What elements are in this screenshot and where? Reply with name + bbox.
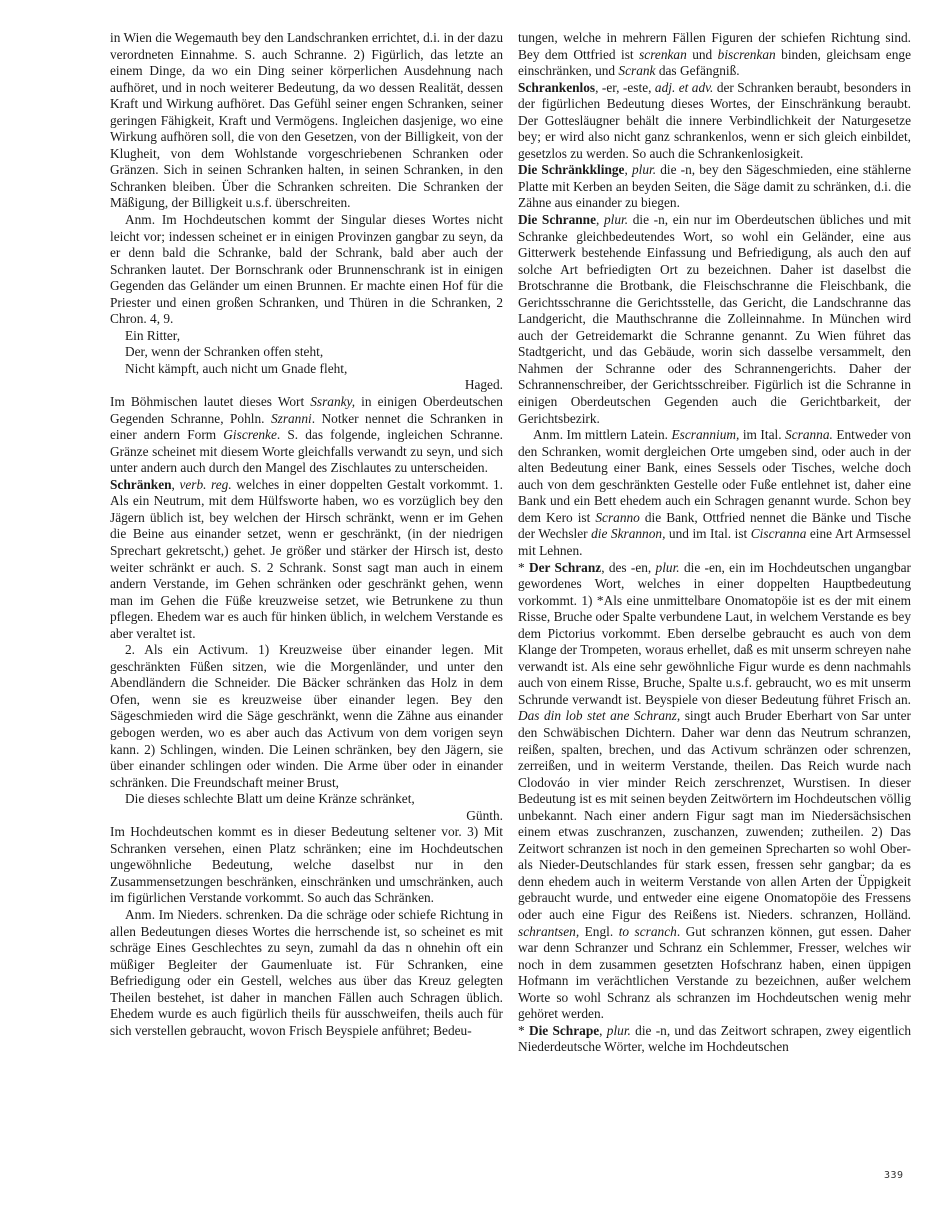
text-run: Im Böhmischen lautet dieses Wort [110, 394, 310, 409]
italic-term: biscrenkan [718, 47, 776, 62]
paragraph: Die Schranne, plur. die -n, ein nur im O… [518, 212, 911, 427]
headword: Schrankenlos [518, 80, 595, 95]
text-run: , -er, -este, [595, 80, 655, 95]
headword: Die Schranne [518, 212, 596, 227]
italic-term: plur. [656, 560, 680, 575]
paragraph: Anm. Im Hochdeutschen kommt der Singular… [110, 212, 503, 328]
italic-term: adj. et adv. [655, 80, 714, 95]
paragraph: * Der Schranz, des -en, plur. die -en, e… [518, 560, 911, 1023]
paragraph: Schrankenlos, -er, -este, adj. et adv. d… [518, 80, 911, 163]
headword: Die Schrape [529, 1023, 599, 1038]
text-run: das Gefängniß. [655, 63, 739, 78]
italic-term: Szranni [271, 411, 312, 426]
text-run: Anm. Im Nieders. schrenken. Da die schrä… [110, 907, 503, 1038]
paragraph: Anm. Im mittlern Latein. Escrannium, im … [518, 427, 911, 559]
paragraph: Im Böhmischen lautet dieses Wort Ssranky… [110, 394, 503, 477]
right-column: tungen, welche in mehrern Fällen Figuren… [518, 30, 911, 1056]
text-run: Anm. Im Hochdeutschen kommt der Singular… [110, 212, 503, 326]
verse-line: Ein Ritter, [110, 328, 503, 345]
paragraph: Schränken, verb. reg. welches in einer d… [110, 477, 503, 642]
italic-term: Escrannium, [672, 427, 740, 442]
paragraph: in Wien die Wegemauth bey den Landschran… [110, 30, 503, 212]
text-run: * [518, 560, 529, 575]
italic-term: Ssranky, [310, 394, 355, 409]
italic-term: plur. [607, 1023, 631, 1038]
attribution: Günth. [110, 808, 503, 825]
verse-line: Nicht kämpft, auch nicht um Gnade fleht, [110, 361, 503, 378]
text-run: im Ital. [739, 427, 785, 442]
text-run: Günth. [466, 808, 503, 823]
page-number: 339 [884, 1170, 904, 1181]
text-run: , [596, 212, 604, 227]
dictionary-page: in Wien die Wegemauth bey den Landschran… [0, 0, 935, 1210]
italic-term: screnkan [639, 47, 687, 62]
text-run: und im Ital. ist [665, 526, 750, 541]
italic-term: Scranna. [785, 427, 833, 442]
text-run: Im Hochdeutschen kommt es in dieser Bede… [110, 824, 503, 905]
text-run: Haged. [465, 377, 503, 392]
text-run: Nicht kämpft, auch nicht um Gnade fleht, [125, 361, 347, 376]
paragraph: tungen, welche in mehrern Fällen Figuren… [518, 30, 911, 80]
text-run: * [518, 1023, 529, 1038]
italic-term: Das din lob stet ane Schranz, [518, 708, 680, 723]
text-run: 2. Als ein Activum. 1) Kreuzweise über e… [110, 642, 503, 789]
text-run: die -n, ein nur im Oberdeutschen übliche… [518, 212, 911, 426]
headword: Schränken [110, 477, 172, 492]
paragraph: 2. Als ein Activum. 1) Kreuzweise über e… [110, 642, 503, 791]
left-column: in Wien die Wegemauth bey den Landschran… [110, 30, 503, 1039]
headword: Die Schränkklinge [518, 162, 624, 177]
paragraph: * Die Schrape, plur. die -n, und das Zei… [518, 1023, 911, 1056]
text-run: Der, wenn der Schranken offen steht, [125, 344, 323, 359]
italic-term: Scranno [595, 510, 639, 525]
text-run: Die dieses schlechte Blatt um deine Krän… [125, 791, 415, 806]
italic-term: plur. [604, 212, 628, 227]
paragraph: Die Schränkklinge, plur. die -n, bey den… [518, 162, 911, 212]
text-run: Ein Ritter, [125, 328, 180, 343]
paragraph: Im Hochdeutschen kommt es in dieser Bede… [110, 824, 503, 907]
italic-term: to scranch [619, 924, 677, 939]
italic-term: Scrank [618, 63, 655, 78]
text-run: , [599, 1023, 607, 1038]
text-run: Engl. [579, 924, 619, 939]
italic-term: Ciscranna [751, 526, 807, 541]
text-run: , des -en, [601, 560, 655, 575]
text-run: in Wien die Wegemauth bey den Landschran… [110, 30, 503, 210]
italic-term: die Skrannon, [591, 526, 665, 541]
text-run: und [687, 47, 718, 62]
italic-term: Giscrenke [223, 427, 277, 442]
attribution: Haged. [110, 377, 503, 394]
text-run: die -en, ein im Hochdeutschen ungangbar … [518, 560, 911, 707]
verse-line: Der, wenn der Schranken offen steht, [110, 344, 503, 361]
headword: Der Schranz [529, 560, 601, 575]
italic-term: verb. reg. [179, 477, 231, 492]
verse-line: Die dieses schlechte Blatt um deine Krän… [110, 791, 503, 808]
text-run: singt auch Bruder Eberhart von Sar unter… [518, 708, 911, 922]
italic-term: plur. [632, 162, 656, 177]
text-run: Anm. Im mittlern Latein. [533, 427, 672, 442]
italic-term: schrantsen, [518, 924, 579, 939]
text-run: welches in einer doppelten Gestalt vorko… [110, 477, 503, 641]
text-run: , [624, 162, 631, 177]
paragraph: Anm. Im Nieders. schrenken. Da die schrä… [110, 907, 503, 1039]
